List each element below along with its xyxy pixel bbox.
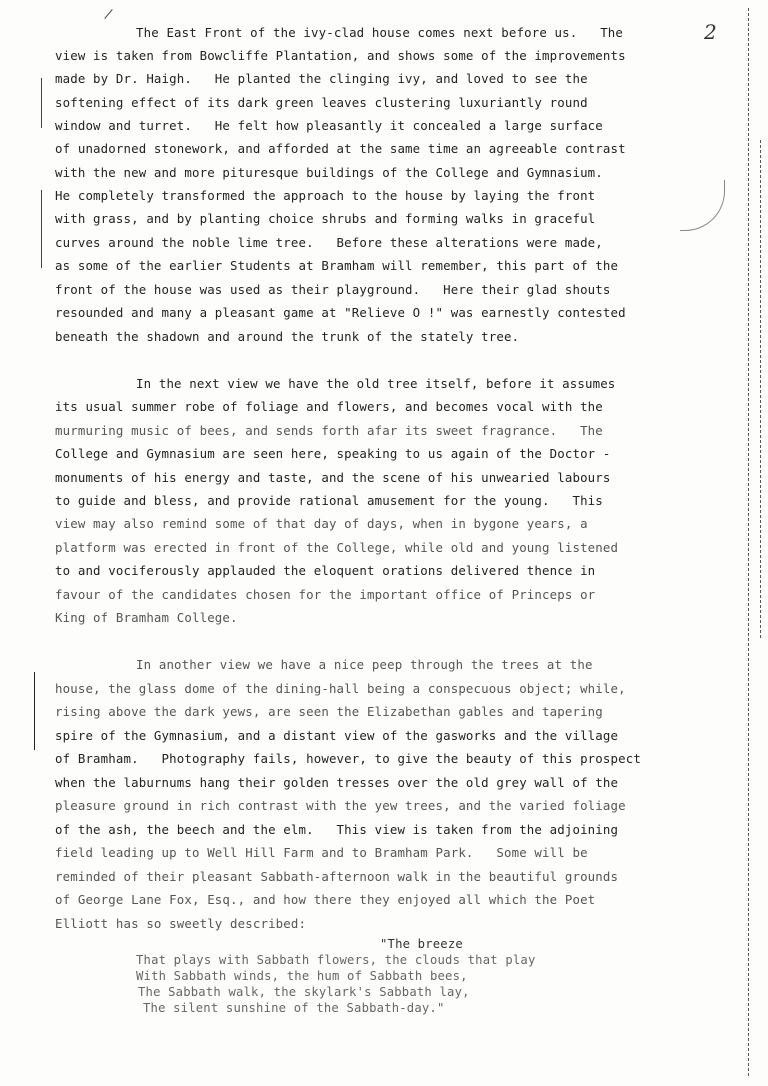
paragraph-3-line-2: house, the glass dome of the dining-hall… (55, 681, 626, 697)
left-margin-bar-3 (34, 672, 35, 750)
paragraph-1-line-8: He completely transformed the approach t… (55, 188, 595, 204)
paragraph-1-line-13: resounded and many a pleasant game at "R… (55, 305, 626, 321)
left-margin-bar-1 (41, 78, 42, 128)
paragraph-1-line-6: of unadorned stonework, and afforded at … (55, 141, 626, 157)
paragraph-1-line-14: beneath the shadown and around the trunk… (55, 329, 519, 345)
paragraph-2-line-3: murmuring music of bees, and sends forth… (55, 423, 603, 439)
paragraph-2-line-6: to guide and bless, and provide rational… (55, 493, 603, 509)
paragraph-3-line-6: when the laburnums hang their golden tre… (55, 775, 618, 791)
pen-tick-mark (104, 9, 112, 19)
paragraph-1-line-4: softening effect of its dark green leave… (55, 95, 588, 111)
paragraph-1-line-9: with grass, and by planting choice shrub… (55, 211, 595, 227)
paragraph-3-line-12: Elliott has so sweetly described: (55, 916, 306, 932)
paragraph-2-line-5: monuments of his energy and taste, and t… (55, 470, 611, 486)
paragraph-2-line-4: College and Gymnasium are seen here, spe… (55, 446, 611, 462)
poem-line-1: "The breeze (380, 937, 463, 952)
paragraph-3-line-8: of the ash, the beech and the elm. This … (55, 822, 618, 838)
paragraph-1-line-1: The East Front of the ivy-clad house com… (136, 25, 623, 41)
paragraph-3-line-5: of Bramham. Photography fails, however, … (55, 751, 641, 767)
left-margin-bar-2 (41, 190, 42, 268)
paragraph-3-line-9: field leading up to Well Hill Farm and t… (55, 845, 588, 861)
paragraph-3-line-3: rising above the dark yews, are seen the… (55, 704, 603, 720)
pen-arc-mark (680, 180, 725, 231)
scan-edge-line-2 (760, 140, 761, 640)
paragraph-2-line-7: view may also remind some of that day of… (55, 516, 588, 532)
paragraph-2-line-1: In the next view we have the old tree it… (136, 376, 615, 392)
paragraph-1-line-3: made by Dr. Haigh. He planted the clingi… (55, 71, 588, 87)
paragraph-2-line-2: its usual summer robe of foliage and flo… (55, 399, 603, 415)
paragraph-1-line-12: front of the house was used as their pla… (55, 282, 611, 298)
poem-line-3: With Sabbath winds, the hum of Sabbath b… (136, 969, 468, 984)
paragraph-3-line-4: spire of the Gymnasium, and a distant vi… (55, 728, 618, 744)
paragraph-1-line-2: view is taken from Bowcliffe Plantation,… (55, 48, 626, 64)
paragraph-3-line-1: In another view we have a nice peep thro… (136, 657, 593, 673)
document-page: 2 The East Front of the ivy-clad house c… (0, 0, 768, 1086)
paragraph-3-line-10: reminded of their pleasant Sabbath-after… (55, 869, 618, 885)
paragraph-3-line-7: pleasure ground in rich contrast with th… (55, 798, 626, 814)
poem-line-2: That plays with Sabbath flowers, the clo… (136, 953, 536, 968)
paragraph-1-line-11: as some of the earlier Students at Bramh… (55, 258, 618, 274)
poem-line-4: The Sabbath walk, the skylark's Sabbath … (138, 985, 470, 1000)
paragraph-2-line-10: favour of the candidates chosen for the … (55, 587, 595, 603)
paragraph-3-line-11: of George Lane Fox, Esq., and how there … (55, 892, 595, 908)
paragraph-2-line-8: platform was erected in front of the Col… (55, 540, 618, 556)
paragraph-1-line-7: with the new and more pituresque buildin… (55, 165, 603, 181)
poem-line-5: The silent sunshine of the Sabbath-day." (143, 1001, 445, 1016)
paragraph-2-line-11: King of Bramham College. (55, 610, 238, 626)
paragraph-1-line-10: curves around the noble lime tree. Befor… (55, 235, 603, 251)
paragraph-2-line-9: to and vociferously applauded the eloque… (55, 563, 595, 579)
scan-edge-line-1 (748, 8, 749, 1078)
paragraph-1-line-5: window and turret. He felt how pleasantl… (55, 118, 603, 134)
handwritten-page-number: 2 (704, 20, 717, 44)
